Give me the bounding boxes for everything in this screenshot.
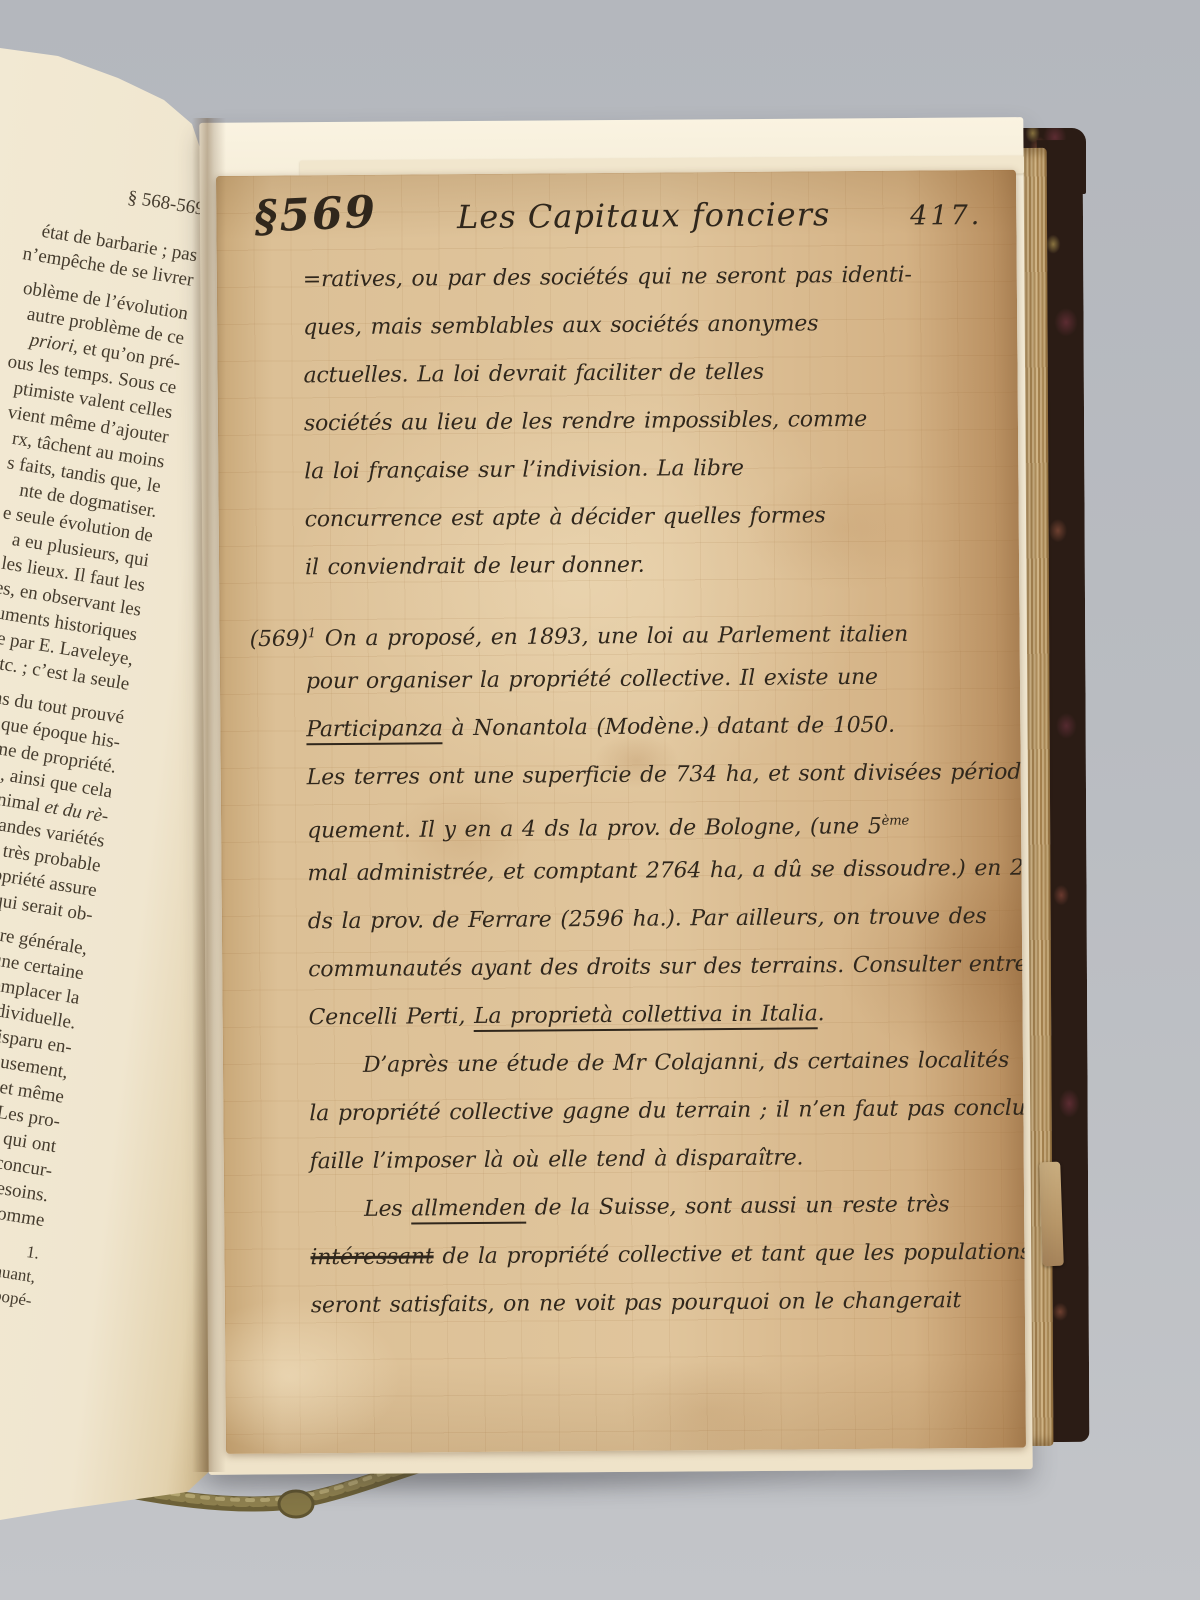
section-number: §569 (253, 187, 378, 243)
printed-paragraphs: état de barbarie ; pasn’empêche de se li… (0, 198, 199, 1313)
text-line: D’après une étude de Mr Colajanni, ds ce… (309, 1037, 999, 1090)
paragraph: Les allmenden de la Suisse, sont aussi u… (310, 1181, 1001, 1330)
paragraph: oblème de l’évolutionautre problème de c… (0, 257, 190, 697)
text-line: quement. Il y en a 4 ds la prov. de Bolo… (307, 797, 997, 850)
text-line: actuelles. La loi devrait faciliter de t… (303, 347, 993, 400)
text-line: Cencelli Perti, La proprietà collettiva … (308, 989, 998, 1042)
text-line: Les allmenden de la Suisse, sont aussi u… (310, 1181, 1000, 1234)
text-line: sociétés au lieu de les rendre impossibl… (304, 395, 994, 448)
left-printed-page: IERS § 568-569 état de barbarie ; pasn’e… (0, 40, 216, 1534)
manuscript-page: §569 Les Capitaux fonciers 417. =ratives… (216, 170, 1026, 1454)
paragraph: D’après une étude de Mr Colajanni, ds ce… (309, 1037, 1000, 1186)
section-range: § 568-569 (126, 185, 207, 222)
text-line: pour organiser la propriété collective. … (306, 653, 996, 706)
text-line: Les terres ont une superficie de 734 ha,… (307, 749, 997, 802)
left-page-header: IERS § 568-569 (0, 152, 206, 222)
cord-knot (279, 1491, 313, 1517)
paragraph: =ratives, ou par des sociétés qui ne ser… (303, 251, 996, 592)
page-number: 417. (910, 200, 982, 232)
text-line: ques, mais semblables aux sociétés anony… (303, 299, 993, 352)
text-line: communautés ayant des droits sur des ter… (308, 941, 998, 994)
cover-torn-patch (1039, 1162, 1064, 1267)
text-line: il conviendrait de leur donner. (305, 539, 995, 592)
text-line: faille l’imposer là où elle tend à dispa… (310, 1133, 1000, 1186)
text-line: la loi française sur l’indivision. La li… (304, 443, 994, 496)
paragraph: t pas du tout prouvéà chaque époque his-… (0, 661, 126, 928)
paragraph: (569)1 On a proposé, en 1893, une loi au… (305, 605, 998, 1042)
text-line: seront satisfaits, on ne voit pas pourqu… (311, 1277, 1001, 1330)
book-photo: IERS § 568-569 état de barbarie ; pasn’e… (0, 0, 1200, 1600)
manuscript-body: =ratives, ou par des sociétés qui ne ser… (217, 235, 1026, 1331)
chapter-title: Les Capitaux fonciers (377, 195, 910, 237)
text-line: concurrence est apte à décider quelles f… (305, 491, 995, 544)
paragraph: e manière générale,eu, à une certainence… (0, 892, 89, 1233)
manuscript-header: §569 Les Capitaux fonciers 417. (216, 170, 1016, 241)
text-line: intéressant de la propriété collective e… (310, 1229, 1000, 1282)
text-line: ds la prov. de Ferrare (2596 ha.). Par a… (308, 893, 998, 946)
text-line: mal administrée, et comptant 2764 ha, a … (307, 845, 997, 898)
text-line: la propriété collective gagne du terrain… (309, 1085, 999, 1138)
printed-text-block: IERS § 568-569 état de barbarie ; pasn’e… (0, 152, 206, 1322)
text-line: =ratives, ou par des sociétés qui ne ser… (303, 251, 993, 304)
text-line: (569)1 On a proposé, en 1893, une loi au… (249, 605, 995, 659)
text-line: Participanza à Nonantola (Modène.) datan… (306, 701, 996, 754)
